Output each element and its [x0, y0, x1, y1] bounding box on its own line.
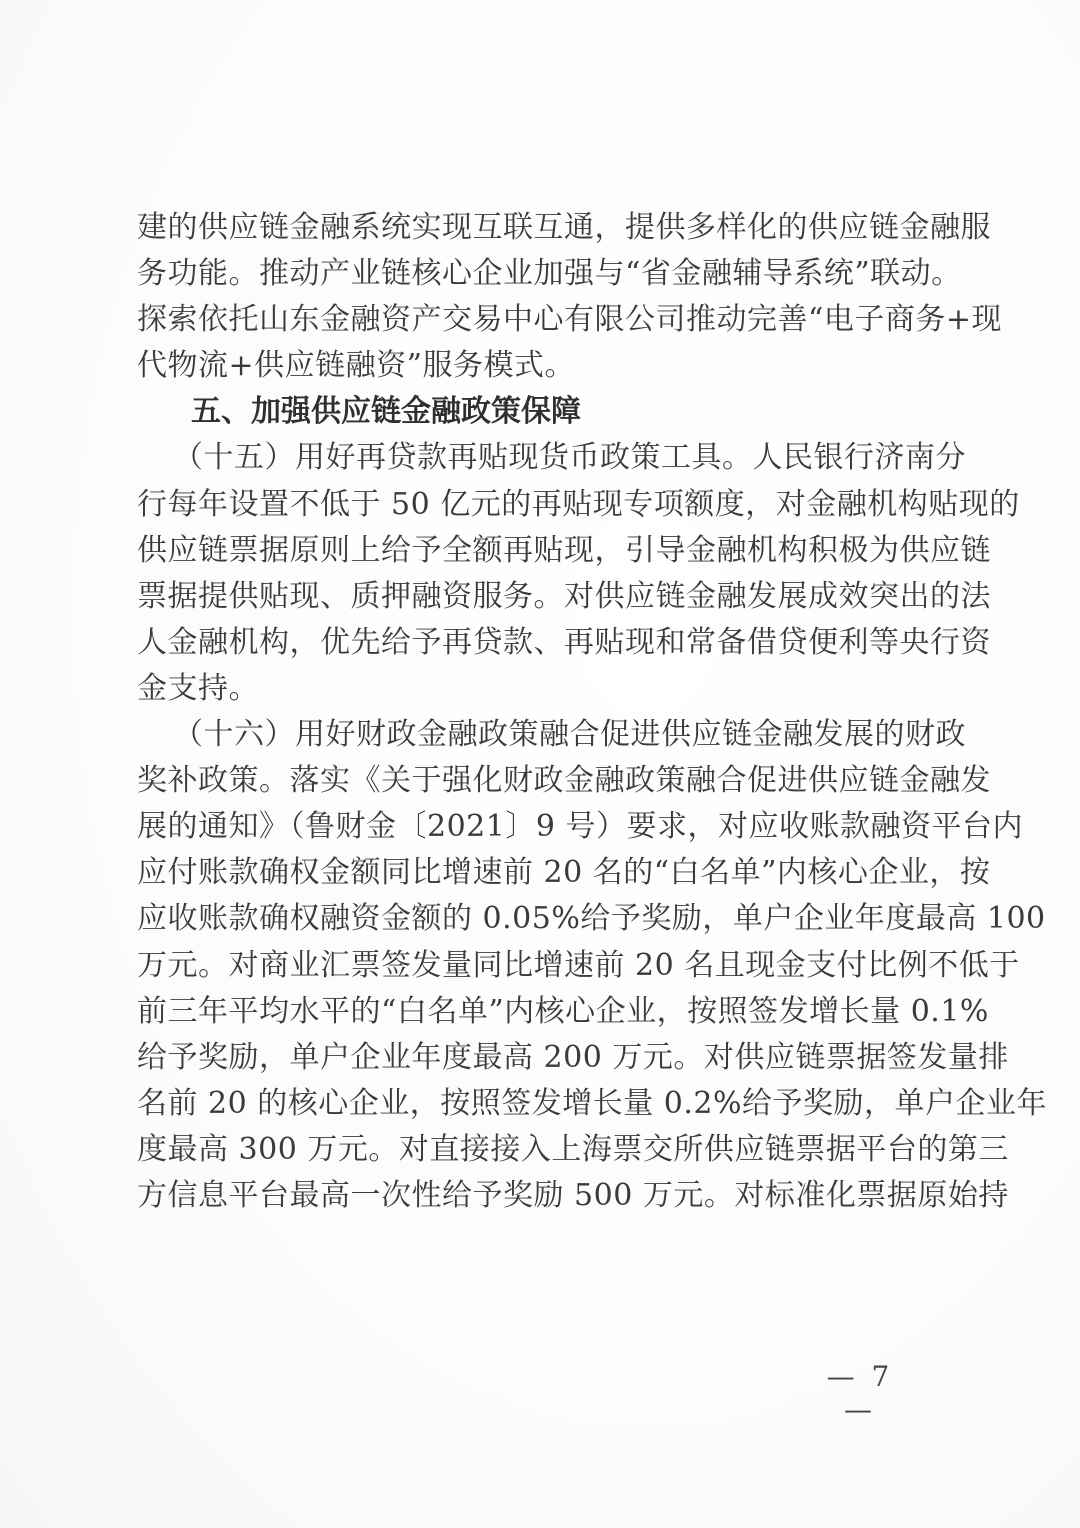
- paragraph-line: 务功能。推动产业链核心企业加强与“省金融辅导系统”联动。: [137, 251, 939, 297]
- section-heading: 五、加强供应链金融政策保障: [137, 389, 939, 435]
- page-number: — 7 —: [805, 1360, 915, 1426]
- paragraph-line: 方信息平台最高一次性给予奖励 500 万元。对标准化票据原始持: [137, 1173, 939, 1219]
- document-body: 建的供应链金融系统实现互联互通，提供多样化的供应链金融服 务功能。推动产业链核心…: [137, 205, 939, 1219]
- paragraph-line: 万元。对商业汇票签发量同比增速前 20 名且现金支付比例不低于: [137, 943, 939, 989]
- paragraph-line: 代物流+供应链融资”服务模式。: [137, 343, 939, 389]
- paragraph-line: 名前 20 的核心企业，按照签发增长量 0.2%给予奖励，单户企业年: [137, 1081, 939, 1127]
- paragraph-line: 行每年设置不低于 50 亿元的再贴现专项额度，对金融机构贴现的: [137, 482, 939, 528]
- paragraph-line-first: （十六）用好财政金融政策融合促进供应链金融发展的财政: [137, 712, 939, 758]
- paragraph-line: 票据提供贴现、质押融资服务。对供应链金融发展成效突出的法: [137, 574, 939, 620]
- paragraph-line-first: （十五）用好再贷款再贴现货币政策工具。人民银行济南分: [137, 435, 939, 481]
- paragraph-line: 应收账款确权融资金额的 0.05%给予奖励，单户企业年度最高 100: [137, 896, 939, 942]
- paragraph-line: 前三年平均水平的“白名单”内核心企业，按照签发增长量 0.1%: [137, 989, 939, 1035]
- paragraph-line: 供应链票据原则上给予全额再贴现，引导金融机构积极为供应链: [137, 528, 939, 574]
- document-page: 建的供应链金融系统实现互联互通，提供多样化的供应链金融服 务功能。推动产业链核心…: [0, 0, 1080, 1528]
- paragraph-line: 应付账款确权金额同比增速前 20 名的“白名单”内核心企业，按: [137, 850, 939, 896]
- paragraph-line: 展的通知》（鲁财金〔2021〕9 号）要求，对应收账款融资平台内: [137, 804, 939, 850]
- paragraph-line: 探索依托山东金融资产交易中心有限公司推动完善“电子商务+现: [137, 297, 939, 343]
- paragraph-line: 度最高 300 万元。对直接接入上海票交所供应链票据平台的第三: [137, 1127, 939, 1173]
- paragraph-line: 人金融机构，优先给予再贷款、再贴现和常备借贷便利等央行资: [137, 620, 939, 666]
- paragraph-line: 建的供应链金融系统实现互联互通，提供多样化的供应链金融服: [137, 205, 939, 251]
- paragraph-line: 给予奖励，单户企业年度最高 200 万元。对供应链票据签发量排: [137, 1035, 939, 1081]
- paragraph-line: 奖补政策。落实《关于强化财政金融政策融合促进供应链金融发: [137, 758, 939, 804]
- paragraph-line: 金支持。: [137, 666, 939, 712]
